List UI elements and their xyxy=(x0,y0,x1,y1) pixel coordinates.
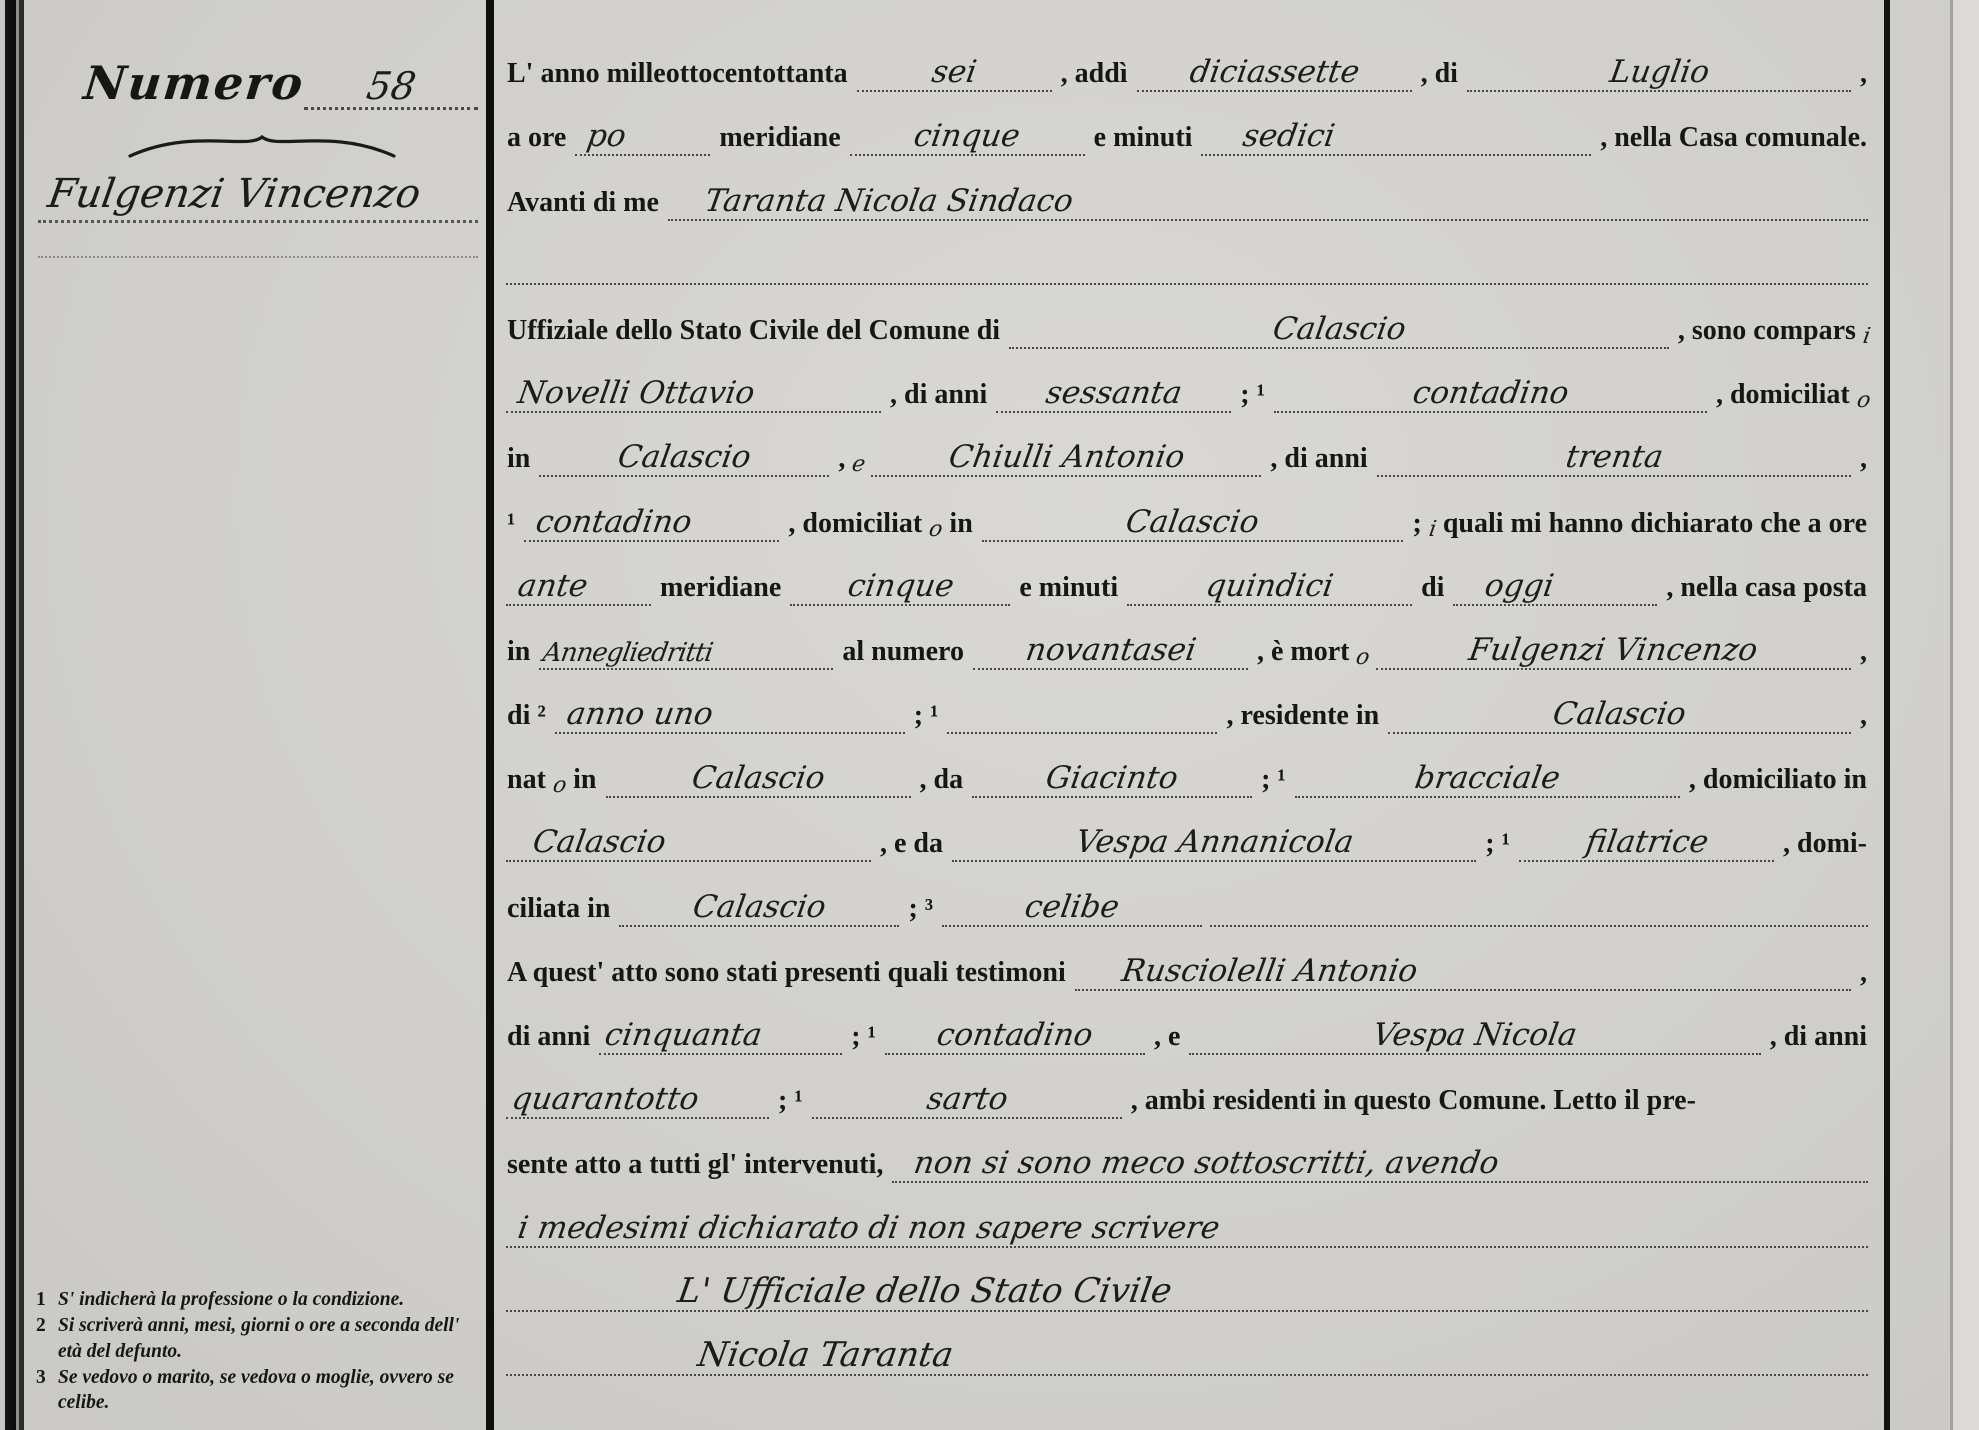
handwritten-signature: Nicola Taranta xyxy=(693,1338,957,1374)
handwritten-comune: Calascio xyxy=(1268,314,1410,347)
handwritten-letter: o xyxy=(1853,390,1874,413)
footnote-number: 2 xyxy=(36,1313,58,1364)
blank-field-minutes: sedici xyxy=(1201,120,1591,156)
printed-text: , xyxy=(1855,957,1872,991)
blank-field-death-minutes: quindici xyxy=(1127,570,1412,606)
handwritten-residence: Calascio xyxy=(1549,699,1691,732)
blank-field-year: sei xyxy=(857,56,1052,92)
form-line-birth-father: nat o in Calascio , da Giacinto ; ¹ brac… xyxy=(502,734,1872,798)
printed-text: meridiane xyxy=(714,122,845,156)
printed-text: ; ³ xyxy=(903,893,938,927)
handwritten-deceased-name: Fulgenzi Vincenzo xyxy=(1465,635,1762,668)
printed-text: quali mi hanno dichiarato che a ore xyxy=(1438,508,1872,542)
printed-text: L' anno milleottocentottanta xyxy=(502,58,853,92)
handwritten-official-name: Taranta Nicola Sindaco xyxy=(700,186,1077,219)
footnote-2: 2 Si scriverà anni, mesi, giorni o ore a… xyxy=(36,1313,476,1364)
printed-text: al numero xyxy=(837,636,969,670)
printed-text: a ore xyxy=(502,122,571,156)
printed-text: di anni xyxy=(502,1021,595,1055)
blank-field-declarant1-occupation: contadino xyxy=(1274,377,1707,413)
margin-name-row: Fulgenzi Vincenzo xyxy=(38,158,478,223)
blank-field-declarant1-name: Novelli Ottavio xyxy=(506,377,881,413)
blank-field-empty xyxy=(506,249,1868,285)
handwritten-year: sei xyxy=(927,57,980,90)
blank-field-comune: Calascio xyxy=(1009,313,1669,349)
page-edge-line xyxy=(1950,0,1953,1430)
blank-field-residence: Calascio xyxy=(1388,698,1851,734)
blank-field-mother-residence: Calascio xyxy=(619,891,899,927)
handwritten-witness2-occupation: sarto xyxy=(922,1084,1012,1117)
form-line-witness2-details: quarantotto ; ¹ sarto , ambi residenti i… xyxy=(502,1055,1872,1119)
handwritten-meridian: po xyxy=(583,121,631,154)
handwritten-witness1-name: Rusciolelli Antonio xyxy=(1117,956,1421,989)
handwritten-father-name: Giacinto xyxy=(1042,763,1183,796)
printed-text: in xyxy=(502,443,535,477)
footnote-text: Se vedovo o marito, se vedova o moglie, … xyxy=(58,1365,476,1416)
form-line-declarant2: in Calascio , e Chiulli Antonio , di ann… xyxy=(502,413,1872,477)
book-binding-edge xyxy=(0,0,30,1430)
blank-field-civil-status: celibe xyxy=(942,891,1202,927)
handwritten-house-number: novantasei xyxy=(1021,635,1200,668)
form-line-signature-title: L' Ufficiale dello Stato Civile xyxy=(502,1248,1872,1312)
form-line-closing1: sente atto a tutti gl' intervenuti, non … xyxy=(502,1119,1872,1183)
act-body: L' anno milleottocentottanta sei , addì … xyxy=(502,28,1872,1376)
handwritten-signature-title: L' Ufficiale dello Stato Civile xyxy=(673,1274,1176,1310)
handwritten-minutes: sedici xyxy=(1239,121,1340,154)
blank-field-witness2-occupation: sarto xyxy=(812,1083,1122,1119)
death-record-page: Numero 58 Fulgenzi Vincenzo 1 S' indiche… xyxy=(0,0,1979,1430)
handwritten-declarant2-residence: Calascio xyxy=(1122,507,1264,540)
printed-text: , nella Casa comunale. xyxy=(1595,122,1872,156)
printed-text: , domiciliat xyxy=(783,508,927,542)
printed-text: , xyxy=(1855,443,1872,477)
blank-field-witness1-name: Rusciolelli Antonio xyxy=(1075,955,1851,991)
printed-text: A quest' atto sono stati presenti quali … xyxy=(502,957,1071,991)
blank-field-death-hour: cinque xyxy=(790,570,1010,606)
printed-text: , domiciliato in xyxy=(1684,764,1872,798)
handwritten-letter: o xyxy=(549,775,570,798)
footnotes: 1 S' indicherà la professione o la condi… xyxy=(36,1287,476,1416)
printed-text: ; ¹ xyxy=(909,700,944,734)
handwritten-father-residence: Calascio xyxy=(528,827,670,860)
blank-field-witness1-occupation: contadino xyxy=(885,1019,1145,1055)
numero-value: 58 xyxy=(362,67,421,107)
handwritten-street: Annegliedritti xyxy=(539,640,716,668)
form-line-civil-status: ciliata in Calascio ; ³ celibe xyxy=(502,862,1872,926)
printed-text: ; ¹ xyxy=(846,1021,881,1055)
printed-text: , nella casa posta xyxy=(1661,572,1872,606)
handwritten-letter: i xyxy=(1859,326,1874,349)
printed-text: , è mort xyxy=(1252,636,1355,670)
handwritten-declarant2-age: trenta xyxy=(1561,442,1667,475)
handwritten-mother-name: Vespa Annanicola xyxy=(1071,827,1357,860)
handwritten-witness2-name: Vespa Nicola xyxy=(1369,1020,1582,1053)
blank-field-mother-name: Vespa Annanicola xyxy=(952,826,1476,862)
blank-field-father-residence: Calascio xyxy=(506,826,871,862)
footnote-text: Si scriverà anni, mesi, giorni o ore a s… xyxy=(58,1313,476,1364)
handwritten-father-occupation: bracciale xyxy=(1410,763,1564,796)
printed-text: in xyxy=(502,636,535,670)
printed-text: meridiane xyxy=(655,572,786,606)
footnote-text: S' indicherà la professione o la condizi… xyxy=(58,1287,404,1313)
printed-text: sente atto a tutti gl' intervenuti, xyxy=(502,1149,888,1183)
printed-text: in xyxy=(944,508,977,542)
printed-text: , da xyxy=(915,764,969,798)
handwritten-death-hour: cinque xyxy=(843,571,958,604)
blank-field-meridian: po xyxy=(575,120,710,156)
printed-text: ; ¹ xyxy=(1480,828,1515,862)
handwritten-declarant1-name: Novelli Ottavio xyxy=(513,378,758,411)
printed-text: , di xyxy=(1416,58,1463,92)
handwritten-witness2-age: quarantotto xyxy=(507,1084,702,1117)
form-line-age: di ² anno uno ; ¹ , residente in Calasci… xyxy=(502,670,1872,734)
form-line-time: a ore po meridiane cinque e minuti sedic… xyxy=(502,92,1872,156)
handwritten-month: Luglio xyxy=(1605,57,1713,90)
handwritten-letter: o xyxy=(1353,647,1374,670)
handwritten-death-meridian: ante xyxy=(513,571,591,604)
blank-field-death-meridian: ante xyxy=(506,570,651,606)
handwritten-closing2: i medesimi dichiarato di non sapere scri… xyxy=(513,1213,1223,1246)
printed-text: , e da xyxy=(875,828,948,862)
footnote-3: 3 Se vedovo o marito, se vedova o moglie… xyxy=(36,1365,476,1416)
printed-text: , di anni xyxy=(1765,1021,1872,1055)
handwritten-mother-occupation: filatrice xyxy=(1581,827,1712,860)
printed-text: , xyxy=(1855,58,1872,92)
form-line-empty xyxy=(502,221,1872,285)
blank-field-declarant2-occupation: contadino xyxy=(524,506,779,542)
handwritten-letter: e xyxy=(849,454,870,477)
form-line-witness1: A quest' atto sono stati presenti quali … xyxy=(502,927,1872,991)
form-line-comune: Uffiziale dello Stato Civile del Comune … xyxy=(502,285,1872,349)
handwritten-age: anno uno xyxy=(562,699,717,732)
blank-field-deceased-name: Fulgenzi Vincenzo xyxy=(1376,634,1851,670)
handwritten-hour: cinque xyxy=(910,121,1025,154)
form-line-death-time: ante meridiane cinque e minuti quindici … xyxy=(502,542,1872,606)
handwritten-day: diciassette xyxy=(1185,57,1363,90)
footnote-number: 1 xyxy=(36,1287,58,1313)
printed-text: , sono compars xyxy=(1673,315,1861,349)
blank-field-age: anno uno xyxy=(555,698,905,734)
blank-field-death-day: oggi xyxy=(1453,570,1657,606)
margin-column: Numero 58 Fulgenzi Vincenzo 1 S' indiche… xyxy=(32,0,484,1430)
numero-label: Numero xyxy=(49,56,307,110)
handwritten-declarant1-age: sessanta xyxy=(1041,378,1186,411)
handwritten-witness1-age: cinquanta xyxy=(601,1020,767,1053)
printed-footnote-mark: ¹ xyxy=(502,508,520,542)
printed-text: , di anni xyxy=(1265,443,1372,477)
blank-field-declarant2-name: Chiulli Antonio xyxy=(871,441,1261,477)
handwritten-declarant2-occupation: contadino xyxy=(532,507,697,540)
printed-text: ciliata in xyxy=(502,893,615,927)
numero-row: Numero 58 xyxy=(52,56,478,110)
form-line-mother: Calascio , e da Vespa Annanicola ; ¹ fil… xyxy=(502,798,1872,862)
printed-text: ; ¹ xyxy=(1235,379,1270,413)
margin-separator-rule xyxy=(486,0,494,1430)
blank-field-declarant2-residence: Calascio xyxy=(982,506,1404,542)
blank-field-signature-title: L' Ufficiale dello Stato Civile xyxy=(506,1274,1868,1312)
blank-field-street: Annegliedritti xyxy=(539,634,833,670)
blank-field-declarant1-age: sessanta xyxy=(996,377,1231,413)
printed-text: , di anni xyxy=(885,379,992,413)
blank-field-witness2-name: Vespa Nicola xyxy=(1189,1019,1760,1055)
blank-field-witness2-age: quarantotto xyxy=(506,1083,769,1119)
handwritten-death-day: oggi xyxy=(1481,571,1559,604)
blank-field-mother-occupation: filatrice xyxy=(1519,826,1774,862)
blank-field-official-name: Taranta Nicola Sindaco xyxy=(668,185,1868,221)
blank-field-witness1-age: cinquanta xyxy=(599,1019,842,1055)
form-line-declarant1: Novelli Ottavio , di anni sessanta ; ¹ c… xyxy=(502,349,1872,413)
form-line-declaration: ¹ contadino , domiciliat o in Calascio ;… xyxy=(502,477,1872,541)
handwritten-death-minutes: quindici xyxy=(1202,571,1338,604)
printed-text: , xyxy=(1855,700,1872,734)
blank-field-birthplace: Calascio xyxy=(606,762,911,798)
form-line-date: L' anno milleottocentottanta sei , addì … xyxy=(502,28,1872,92)
deceased-name-margin: Fulgenzi Vincenzo xyxy=(42,174,425,220)
blank-field-trailing xyxy=(1210,891,1868,927)
printed-text: ; ¹ xyxy=(773,1085,808,1119)
form-line-official: Avanti di me Taranta Nicola Sindaco xyxy=(502,156,1872,220)
printed-text: di ² xyxy=(502,700,551,734)
blank-field-declarant2-age: trenta xyxy=(1377,441,1851,477)
handwritten-witness1-occupation: contadino xyxy=(933,1020,1098,1053)
printed-text: Avanti di me xyxy=(502,187,664,221)
form-line-death-place: in Annegliedritti al numero novantasei ,… xyxy=(502,606,1872,670)
printed-text: , domiciliat xyxy=(1711,379,1855,413)
printed-text: di xyxy=(1416,572,1449,606)
handwritten-declarant1-residence: Calascio xyxy=(614,442,756,475)
handwritten-birthplace: Calascio xyxy=(687,763,829,796)
blank-field-month: Luglio xyxy=(1467,56,1851,92)
printed-text: e minuti xyxy=(1014,572,1123,606)
handwritten-letter: o xyxy=(925,519,946,542)
printed-text: , e xyxy=(1149,1021,1185,1055)
blank-field-occupation-empty xyxy=(947,698,1217,734)
blank-field-father-name: Giacinto xyxy=(972,762,1252,798)
printed-text: ; xyxy=(1407,508,1426,542)
blank-field-father-occupation: bracciale xyxy=(1295,762,1680,798)
blank-field-closing2: i medesimi dichiarato di non sapere scri… xyxy=(506,1212,1868,1248)
form-line-closing2: i medesimi dichiarato di non sapere scri… xyxy=(502,1183,1872,1247)
handwritten-declarant1-occupation: contadino xyxy=(1408,378,1573,411)
printed-text: nat xyxy=(502,764,551,798)
printed-text: , ambi residenti in questo Comune. Letto… xyxy=(1126,1085,1701,1119)
blank-field-house-number: novantasei xyxy=(973,634,1248,670)
handwritten-declarant2-name: Chiulli Antonio xyxy=(944,442,1188,475)
footnote-1: 1 S' indicherà la professione o la condi… xyxy=(36,1287,476,1313)
form-line-signature: Nicola Taranta xyxy=(502,1312,1872,1376)
printed-text: , domi- xyxy=(1778,828,1872,862)
handwritten-civil-status: celibe xyxy=(1021,892,1124,925)
printed-text: in xyxy=(568,764,601,798)
blank-field-hour: cinque xyxy=(850,120,1085,156)
handwritten-mother-residence: Calascio xyxy=(689,892,831,925)
numero-blank-field: 58 xyxy=(304,67,478,110)
printed-text: Uffiziale dello Stato Civile del Comune … xyxy=(502,315,1005,349)
printed-text: , xyxy=(1855,636,1872,670)
blank-field-declarant1-residence: Calascio xyxy=(539,441,829,477)
blank-field-day: diciassette xyxy=(1137,56,1412,92)
printed-text: ; ¹ xyxy=(1256,764,1291,798)
blank-field-closing1: non si sono meco sottoscritti, avendo xyxy=(892,1147,1868,1183)
printed-text: , addì xyxy=(1056,58,1133,92)
blank-field-signature: Nicola Taranta xyxy=(506,1338,1868,1376)
handwritten-closing1: non si sono meco sottoscritti, avendo xyxy=(910,1148,1504,1181)
printed-text: , residente in xyxy=(1221,700,1384,734)
right-border-rule xyxy=(1884,0,1890,1430)
printed-text: e minuti xyxy=(1089,122,1198,156)
footnote-number: 3 xyxy=(36,1365,58,1416)
margin-divider-line xyxy=(38,256,478,258)
form-line-witness2: di anni cinquanta ; ¹ contadino , e Vesp… xyxy=(502,991,1872,1055)
outer-page-strip xyxy=(1953,0,1979,1430)
